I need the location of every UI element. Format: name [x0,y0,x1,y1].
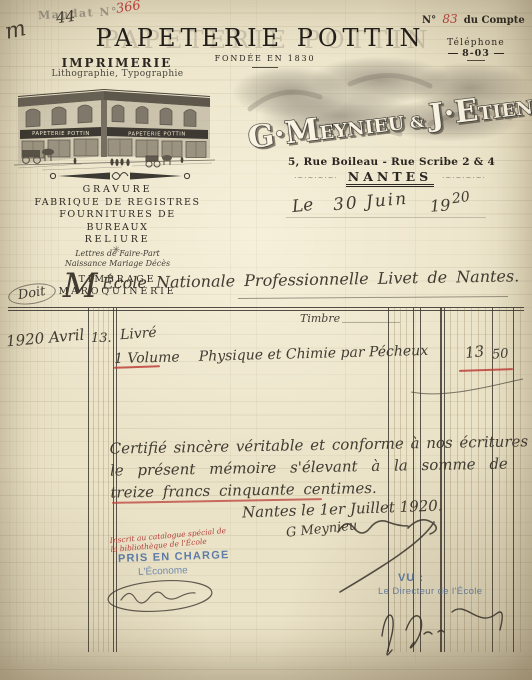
account-number: N° 83 du Compte [422,12,525,26]
city-line: ·~·~·~·~· NANTES ·~·~·~·~· [288,169,492,187]
printer-ornament-icon: ✳ [112,245,120,256]
pris-en-charge-stamp: PRIS EN CHARGE [118,549,230,565]
partners-logo: G·MEYNIEU & J·ETIENNE [230,54,532,158]
client-underline [238,296,508,299]
mandat-number-red: 366 [115,0,142,17]
address-line: 5, Rue Boileau - Rue Scribe 2 & 4 [288,156,492,168]
entry-desc-line2: 1 Volume Physique et Chimie par Pécheux [114,340,429,367]
entry-day: 13. [91,331,112,346]
entry-date: 1920 Avril [5,326,85,351]
ornament-right: ·~·~·~·~· [442,174,486,182]
date-day-month: 30 Juin [332,189,409,215]
services-item: GRAVURE [30,184,205,197]
doit-block: Doit M [8,266,98,306]
invoice-document: m Mandat N° 44 366 PAPETERIE POTTIN Fond… [0,0,532,680]
account-no-suffix: du Compte [464,15,525,26]
storefront-illustration: PAPETERIE POTTIN PAPETERIE POTTIN [12,80,217,172]
date-le: Le [291,195,314,217]
entry-qty: 1 Volume [114,349,180,367]
timbre-underline [342,322,400,323]
entry-amount-francs: 13 [464,342,485,362]
certification-paragraph: Certifié sincère véritable et conforme à… [109,430,522,503]
city-name: NANTES [346,169,434,187]
imprimerie-heading: IMPRIMERIE [52,56,182,70]
entry-desc-line1: Livré [119,325,157,344]
mandat-stamp: Mandat N° [38,5,119,22]
entry-amount-centimes: 50 [491,346,509,362]
timbre-label: Timbre [300,312,340,325]
storefront-sign-left: PAPETERIE POTTIN [32,131,90,137]
services-item: FOURNITURES DE BUREAUX [30,209,205,234]
doit-initial: M [63,266,98,306]
litho-subheading: Lithographie, Typographie [40,69,195,79]
ornament-left: ·~·~·~·~· [294,174,338,182]
mandat-number-ink: 44 [55,7,76,27]
account-no-label: N° [422,15,436,26]
doit-label: Doit [7,280,57,307]
date-year-printed: 19 [429,195,451,215]
margin-mark: m [3,16,29,45]
header-divider-ornament [40,169,200,183]
telephone-label: Téléphone [438,38,514,48]
director-signature [368,592,518,660]
services-item: FABRIQUE DE REGISTRES [30,197,205,210]
date-baseline [286,217,486,218]
date-year-written: 20 [451,189,471,207]
vu-stamp: VU : [398,572,424,584]
firm-signature-flourish [330,508,460,598]
page-title: PAPETERIE POTTIN [88,24,433,52]
storefront-sign-right: PAPETERIE POTTIN [128,132,186,138]
econome-signature [103,576,218,618]
qty-red-underline [114,365,160,369]
entry-flourish [403,372,528,400]
account-no-value: 83 [439,12,460,26]
